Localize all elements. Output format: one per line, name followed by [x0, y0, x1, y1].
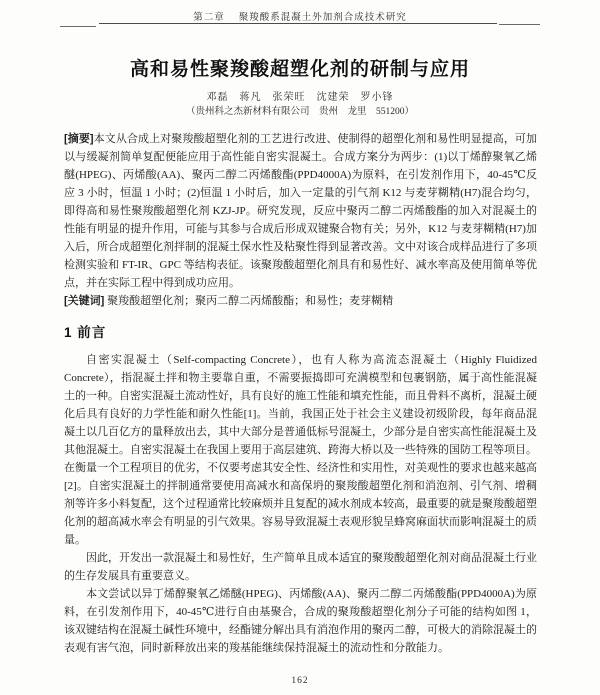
page-number: 162 [0, 676, 600, 686]
header-rule [99, 23, 497, 24]
running-header-title: 聚羧酸系混凝土外加剂合成技术研究 [239, 13, 407, 23]
abstract-label: [摘要] [64, 133, 94, 145]
running-header-chapter: 第二章 [193, 13, 225, 23]
keywords-label: [关键词] [64, 295, 104, 307]
intro-paragraph-3: 本文尝试以异丁烯醇聚氧乙烯醚(HPEG)、丙烯酸(AA)、聚丙二醇二丙烯酸酯(P… [64, 585, 537, 657]
intro-paragraph-2: 因此，开发出一款混凝土和易性好，生产简单且成本适宜的聚羧酸超塑化剂对商品混凝土行… [64, 549, 537, 585]
section-heading-introduction: 1 前言 [64, 324, 537, 342]
intro-paragraph-1: 自密实混凝土（Self-compacting Concrete），也有人称为高流… [64, 351, 537, 549]
keywords-text: 聚羧酸超塑化剂；聚丙二醇二丙烯酸酯；和易性；麦芽糊精 [107, 295, 393, 307]
article-body: [摘要]本文从合成上对聚羧酸超塑化剂的工艺进行改进、使制得的超塑化剂和易性明显提… [64, 130, 537, 657]
header-rule-fragment-left [60, 26, 96, 27]
abstract-paragraph: [摘要]本文从合成上对聚羧酸超塑化剂的工艺进行改进、使制得的超塑化剂和易性明显提… [64, 130, 537, 292]
abstract-text: 本文从合成上对聚羧酸超塑化剂的工艺进行改进、使制得的超塑化剂和易性明显提高，可加… [64, 133, 537, 289]
running-header: 第二章聚羧酸系混凝土外加剂合成技术研究 [0, 9, 600, 23]
paper-title: 高和易性聚羧酸超塑化剂的研制与应用 [0, 54, 600, 81]
document-page: 第二章聚羧酸系混凝土外加剂合成技术研究 高和易性聚羧酸超塑化剂的研制与应用 邓磊… [0, 0, 600, 695]
keywords-paragraph: [关键词] 聚羧酸超塑化剂；聚丙二醇二丙烯酸酯；和易性；麦芽糊精 [64, 292, 537, 310]
affiliation-line: （贵州科之杰新材料有限公司 贵州 龙里 551200） [0, 103, 600, 117]
authors-line: 邓磊 蒋凡 张荣旺 沈建荣 罗小锋 [0, 88, 600, 103]
header-rule-fragment-right [499, 24, 540, 25]
